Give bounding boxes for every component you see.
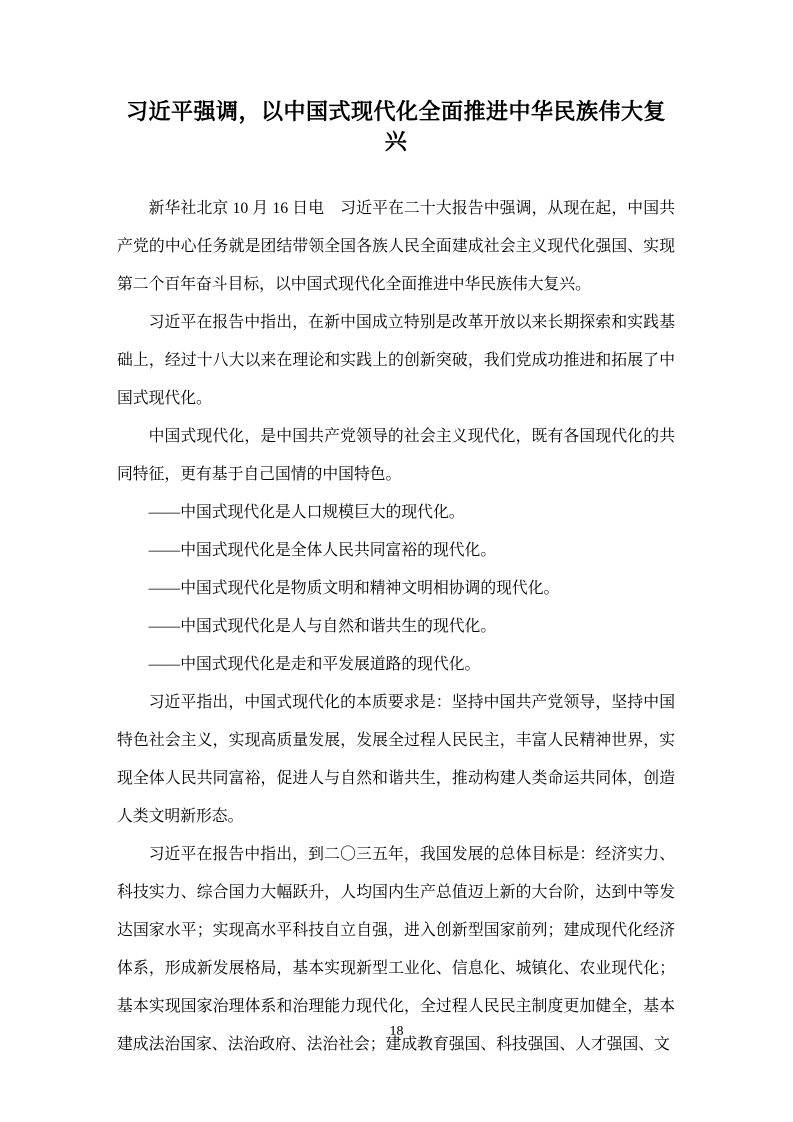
- paragraph: ——中国式现代化是全体人民共同富裕的现代化。: [117, 532, 675, 570]
- paragraph: ——中国式现代化是走和平发展道路的现代化。: [117, 646, 675, 684]
- paragraph: ——中国式现代化是物质文明和精神文明相协调的现代化。: [117, 570, 675, 608]
- paragraph: ——中国式现代化是人口规模巨大的现代化。: [117, 494, 675, 532]
- paragraph: ——中国式现代化是人与自然和谐共生的现代化。: [117, 608, 675, 646]
- document-body: 新华社北京 10 月 16 日电 习近平在二十大报告中强调，从现在起，中国共产党…: [117, 190, 675, 1064]
- document-title: 习近平强调，以中国式现代化全面推进中华民族伟大复兴: [117, 0, 675, 157]
- paragraph: 新华社北京 10 月 16 日电 习近平在二十大报告中强调，从现在起，中国共产党…: [117, 190, 675, 304]
- document-page: 习近平强调，以中国式现代化全面推进中华民族伟大复兴 新华社北京 10 月 16 …: [0, 0, 793, 1122]
- paragraph: 习近平指出，中国式现代化的本质要求是：坚持中国共产党领导，坚持中国特色社会主义，…: [117, 684, 675, 836]
- paragraph: 习近平在报告中指出，在新中国成立特别是改革开放以来长期探索和实践基础上，经过十八…: [117, 304, 675, 418]
- page-number: 18: [0, 1024, 793, 1040]
- paragraph: 中国式现代化，是中国共产党领导的社会主义现代化，既有各国现代化的共同特征，更有基…: [117, 418, 675, 494]
